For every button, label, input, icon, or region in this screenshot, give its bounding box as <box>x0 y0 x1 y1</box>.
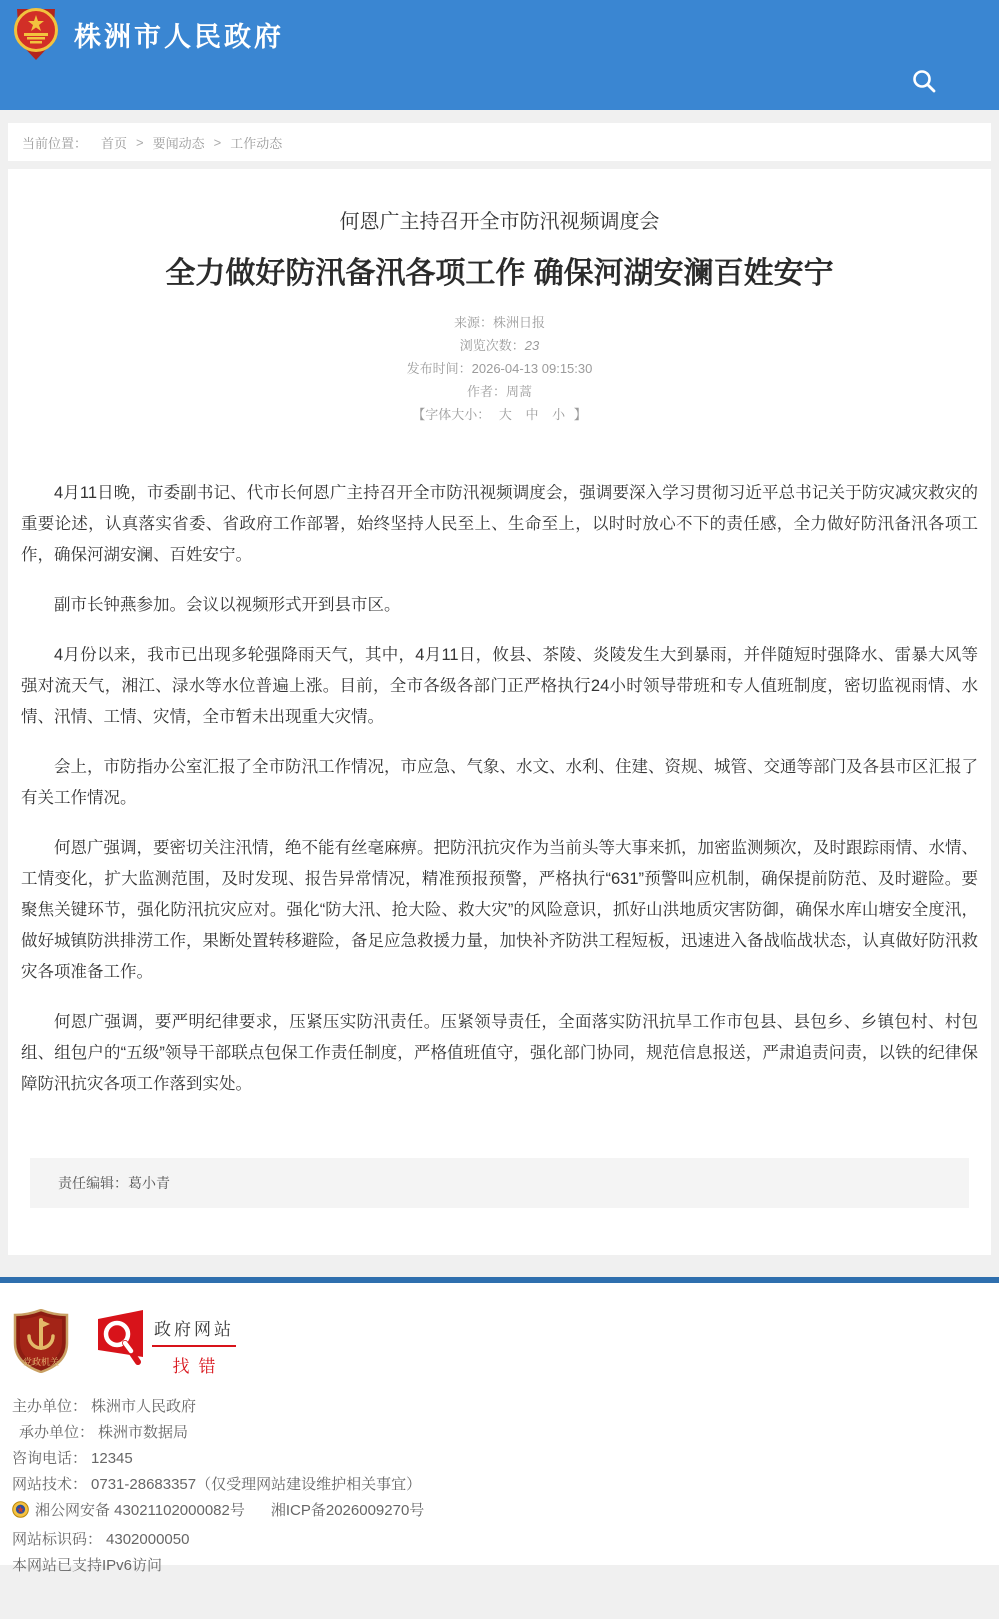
icp-beian-link[interactable]: 湘ICP备2026009270号 <box>271 1502 424 1519</box>
site-header: 株洲市人民政府 <box>0 0 999 110</box>
menu-icon[interactable] <box>955 70 983 92</box>
site-title: 株洲市人民政府 <box>74 15 284 54</box>
editor-bar: 责任编辑：葛小青 <box>30 1158 969 1208</box>
search-icon[interactable] <box>911 68 937 94</box>
article-meta: 来源：株洲日报 浏览次数：23 发布时间：2026-04-13 09:15:30… <box>8 311 991 426</box>
breadcrumb-item-home[interactable]: 首页 <box>101 133 127 152</box>
site-brand[interactable]: 株洲市人民政府 <box>10 6 284 62</box>
site-error-report-logo[interactable]: 政府网站 找错 <box>96 1309 236 1377</box>
find-error-text: 政府网站 找错 <box>152 1309 236 1377</box>
meta-publish-time: 发布时间：2026-04-13 09:15:30 <box>8 357 991 380</box>
footer-line-organizer: 主办单位：株洲市人民政府 <box>12 1394 999 1420</box>
footer-logos: 党政机关 政府网站 找错 <box>0 1283 999 1378</box>
article-body: 4月11日晚，市委副书记、代市长何恩广主持召开全市防汛视频调度会，强调要深入学习… <box>21 478 978 1100</box>
breadcrumb-item-news[interactable]: 要闻动态 <box>153 133 205 152</box>
article-paragraph: 副市长钟燕参加。会议以视频形式开到县市区。 <box>21 590 978 621</box>
article-paragraph: 会上，市防指办公室汇报了全市防汛工作情况，市应急、气象、水文、水利、住建、资规、… <box>21 752 978 814</box>
gov-badge-logo[interactable]: 党政机关 <box>12 1309 70 1378</box>
article-paragraph: 何恩广强调，要密切关注汛情，绝不能有丝毫麻痹。把防汛抗灾作为当前头等大事来抓，加… <box>21 833 978 988</box>
meta-source: 来源：株洲日报 <box>8 311 991 334</box>
public-security-badge-icon <box>12 1501 29 1527</box>
footer-lines: 主办单位：株洲市人民政府 承办单位：株洲市数据局 咨询电话：12345 网站技术… <box>0 1378 999 1579</box>
footer-line-undertaker: 承办单位：株洲市数据局 <box>12 1420 999 1446</box>
footer-line-ipv6: 本网站已支持IPv6访问 <box>12 1553 999 1579</box>
meta-author: 作者：周蒿 <box>8 380 991 403</box>
font-size-medium[interactable]: 中 <box>525 407 538 422</box>
font-size-small[interactable]: 小 <box>552 407 565 422</box>
breadcrumb-item-work[interactable]: 工作动态 <box>230 133 282 152</box>
breadcrumb: 当前位置： 首页 > 要闻动态 > 工作动态 <box>8 123 991 161</box>
breadcrumb-separator: > <box>136 135 144 150</box>
security-beian-link[interactable]: 湘公网安备 43021102000082号 <box>35 1502 245 1519</box>
font-size-control: 【字体大小： 大 中 小 】 <box>8 403 991 426</box>
site-footer: 党政机关 政府网站 找错 主办单位：株洲市人民政府 承办单位：株洲市数据局 咨询… <box>0 1283 999 1565</box>
footer-line-site-code: 网站标识码：4302000050 <box>12 1527 999 1553</box>
article-paragraph: 何恩广强调，要严明纪律要求，压紧压实防汛责任。压紧领导责任，全面落实防汛抗旱工作… <box>21 1007 978 1100</box>
article-subtitle: 何恩广主持召开全市防汛视频调度会 <box>8 169 991 234</box>
national-emblem-logo <box>10 6 62 62</box>
font-size-large[interactable]: 大 <box>499 407 512 422</box>
find-error-flag-icon <box>96 1309 146 1365</box>
footer-line-security: 湘公网安备 43021102000082号湘ICP备2026009270号 <box>12 1498 999 1527</box>
breadcrumb-separator: > <box>214 135 222 150</box>
meta-views: 浏览次数：23 <box>8 334 991 357</box>
breadcrumb-label: 当前位置： <box>22 133 87 152</box>
editor-label: 责任编辑：葛小青 <box>58 1173 170 1193</box>
footer-line-tech-support: 网站技术：0731-28683357（仅受理网站建设维护相关事宜） <box>12 1472 999 1498</box>
svg-text:党政机关: 党政机关 <box>23 1356 59 1367</box>
header-actions <box>911 68 983 94</box>
article-paragraph: 4月11日晚，市委副书记、代市长何恩广主持召开全市防汛视频调度会，强调要深入学习… <box>21 478 978 571</box>
article-title: 全力做好防汛备汛各项工作 确保河湖安澜百姓安宁 <box>38 254 961 295</box>
article-paragraph: 4月份以来，我市已出现多轮强降雨天气，其中，4月11日，攸县、茶陵、炎陵发生大到… <box>21 640 978 733</box>
article-container: 何恩广主持召开全市防汛视频调度会 全力做好防汛备汛各项工作 确保河湖安澜百姓安宁… <box>8 169 991 1255</box>
footer-line-hotline: 咨询电话：12345 <box>12 1446 999 1472</box>
